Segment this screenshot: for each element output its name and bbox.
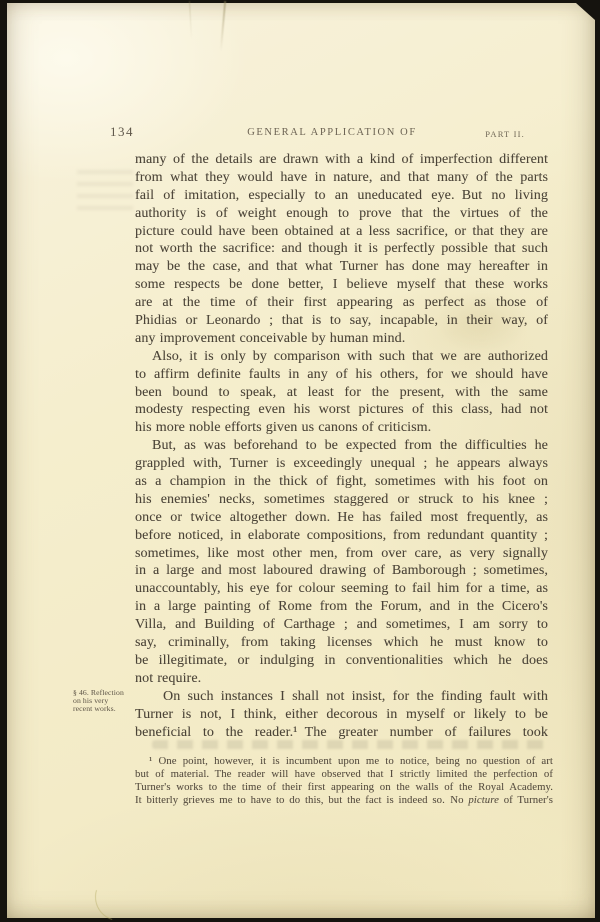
body-line: once or twice altogether down. He has fa…: [135, 509, 548, 527]
footnote-line: but of material. The reader will have ob…: [135, 768, 553, 781]
body-line: modesty respecting even his worst pictur…: [135, 401, 548, 419]
body-line: not require.: [135, 670, 548, 688]
body-line: fail of imitation, especially to an uned…: [135, 187, 548, 205]
footnote-italic-text: picture: [468, 794, 499, 806]
body-line: sometimes, like most other men, from ove…: [135, 545, 548, 563]
footnote-line: It bitterly grieves me to have to do thi…: [135, 794, 553, 807]
footnote: ¹ One point, however, it is incumbent up…: [135, 755, 553, 807]
body-line: Phidias or Leonardo ; that is to say, in…: [135, 312, 548, 330]
footnote-line: Turner's works to the time of their firs…: [135, 781, 553, 794]
body-line: grappled with, Turner is exceedingly une…: [135, 455, 548, 473]
crease-mark: [220, 1, 226, 51]
body-line: beneficial to the reader.¹ The greater n…: [135, 724, 548, 742]
footnote-text: ¹ One point, however, it is incumbent up…: [149, 755, 553, 767]
body-line: are at the time of their first appearing…: [135, 294, 548, 312]
body-line: any improvement conceivable by human min…: [135, 330, 548, 348]
fiber-curve-mark: [87, 865, 152, 922]
footnote-text: but of material. The reader will have ob…: [135, 768, 553, 780]
body-line: in a large painting of Rome from the For…: [135, 598, 548, 616]
crease-mark: [189, 1, 192, 39]
running-header-title: GENERAL APPLICATION OF: [128, 127, 536, 138]
body-line: unaccountably, his eye for colour seemin…: [135, 580, 548, 598]
footnote-text: Turner's works to the time of their firs…: [135, 781, 553, 793]
body-line: Also, it is only by comparison with such…: [135, 348, 548, 366]
body-line: may be the case, and that what Turner ha…: [135, 258, 548, 276]
body-line: before noticed, in elaborate composition…: [135, 527, 548, 545]
show-through-smudge: [77, 170, 133, 218]
body-line: some respects be done better, I believe …: [135, 276, 548, 294]
footnote-text: It bitterly grieves me to have to do thi…: [135, 794, 468, 806]
body-line: authority is of weight enough to prove t…: [135, 205, 548, 223]
body-line: But, as was beforehand to be expected fr…: [135, 437, 548, 455]
body-line: to affirm definite faults in any of his …: [135, 366, 548, 384]
body-line: his enemies' necks, sometimes staggered …: [135, 491, 548, 509]
body-line: from what they would have in nature, and…: [135, 169, 548, 187]
page-corner-notch: [576, 3, 595, 20]
part-label: PART II.: [485, 129, 525, 139]
body-line: not worth the sacrifice: and though it i…: [135, 240, 548, 258]
body-line: his more noble efforts given us canons o…: [135, 419, 548, 437]
body-line: as a champion in the thick of fight, som…: [135, 473, 548, 491]
footnote-line: ¹ One point, however, it is incumbent up…: [135, 755, 553, 768]
margin-note-line: recent works.: [73, 705, 133, 713]
body-line: say, criminally, from taking licenses wh…: [135, 634, 548, 652]
body-line: in a large and most laboured drawing of …: [135, 562, 548, 580]
body-line: been bound to speak, at least for the pr…: [135, 384, 548, 402]
body-line: Turner is not, I think, either decorous …: [135, 706, 548, 724]
body-line: Villa, and Building of Carthage ; and so…: [135, 616, 548, 634]
scan-background: 134 GENERAL APPLICATION OF PART II. § 46…: [0, 0, 600, 922]
margin-note: § 46. Reflectionon his veryrecent works.: [73, 689, 133, 713]
footnote-text: of Turner's: [499, 794, 553, 806]
body-line: many of the details are drawn with a kin…: [135, 151, 548, 169]
body-line: be illegitimate, or indulging in convent…: [135, 652, 548, 670]
show-through-smudge: [152, 740, 548, 749]
book-page: 134 GENERAL APPLICATION OF PART II. § 46…: [7, 3, 595, 918]
body-line: On such instances I shall not insist, fo…: [135, 688, 548, 706]
body-line: picture could have been obtained at a le…: [135, 223, 548, 241]
body-text: many of the details are drawn with a kin…: [135, 151, 548, 741]
